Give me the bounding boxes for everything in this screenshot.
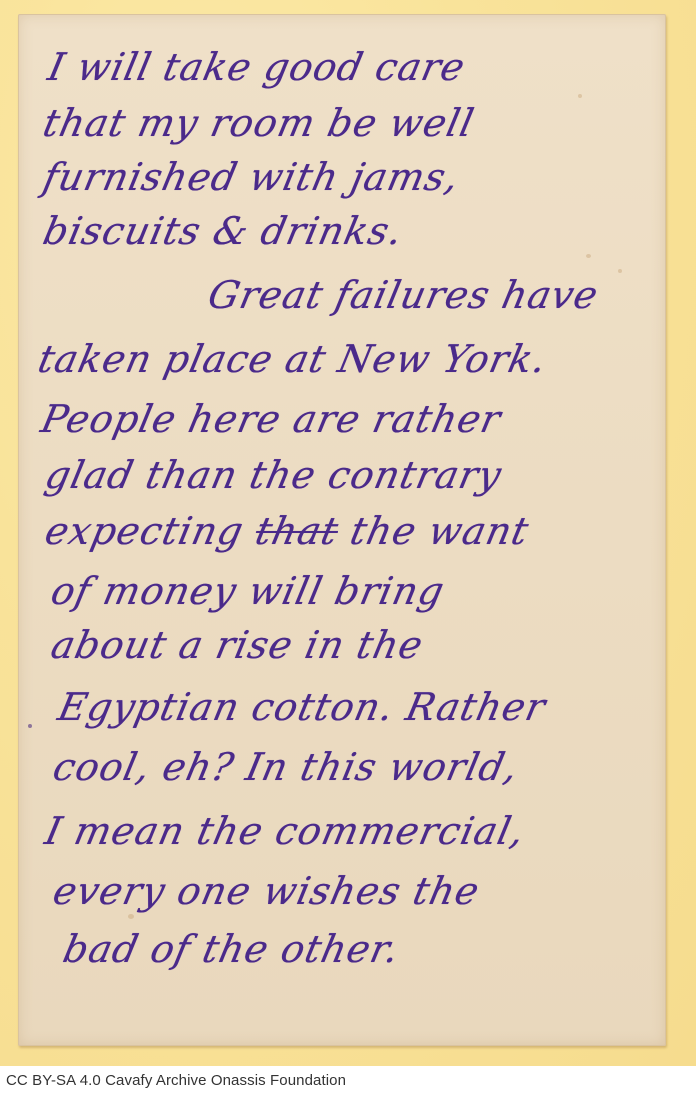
handwritten-line-11: about a rise in the [48,626,427,664]
license-caption-bar: CC BY-SA 4.0 Cavafy Archive Onassis Foun… [0,1066,696,1099]
handwritten-line-12: Egyptian cotton. Rather [55,688,549,726]
paper-stain [586,254,591,258]
license-caption: CC BY-SA 4.0 Cavafy Archive Onassis Foun… [6,1072,346,1089]
paper-stain [578,94,582,98]
handwritten-line-13: cool, eh? In this world, [50,748,522,786]
handwritten-line-6: taken place at New York. [35,340,550,378]
handwritten-line-5: Great failures have [205,276,602,314]
paper-stain [618,269,622,273]
handwritten-line-8: glad than the contrary [42,456,505,494]
handwritten-line-1: I will take good care [45,48,469,86]
handwritten-line-16: bad of the other. [60,930,403,968]
handwritten-line-4: biscuits & drinks. [40,212,406,250]
handwritten-line-10: of money will bring [48,572,448,610]
handwritten-line-15: every one wishes the [50,872,483,910]
line-9-start: expecting [41,509,261,553]
letter-page: I will take good care that my room be we… [18,14,666,1046]
handwritten-line-9: expecting that the want [42,512,532,550]
ink-dot [28,724,32,728]
paper-stain [128,914,134,919]
line-9-end: the want [333,509,533,553]
handwritten-line-14: I mean the commercial, [42,812,528,850]
handwritten-line-7: People here are rather [38,400,505,438]
handwritten-line-3: furnished with jams, [40,158,463,196]
struck-through-word: that [252,509,343,553]
handwritten-line-2: that my room be well [40,104,478,142]
